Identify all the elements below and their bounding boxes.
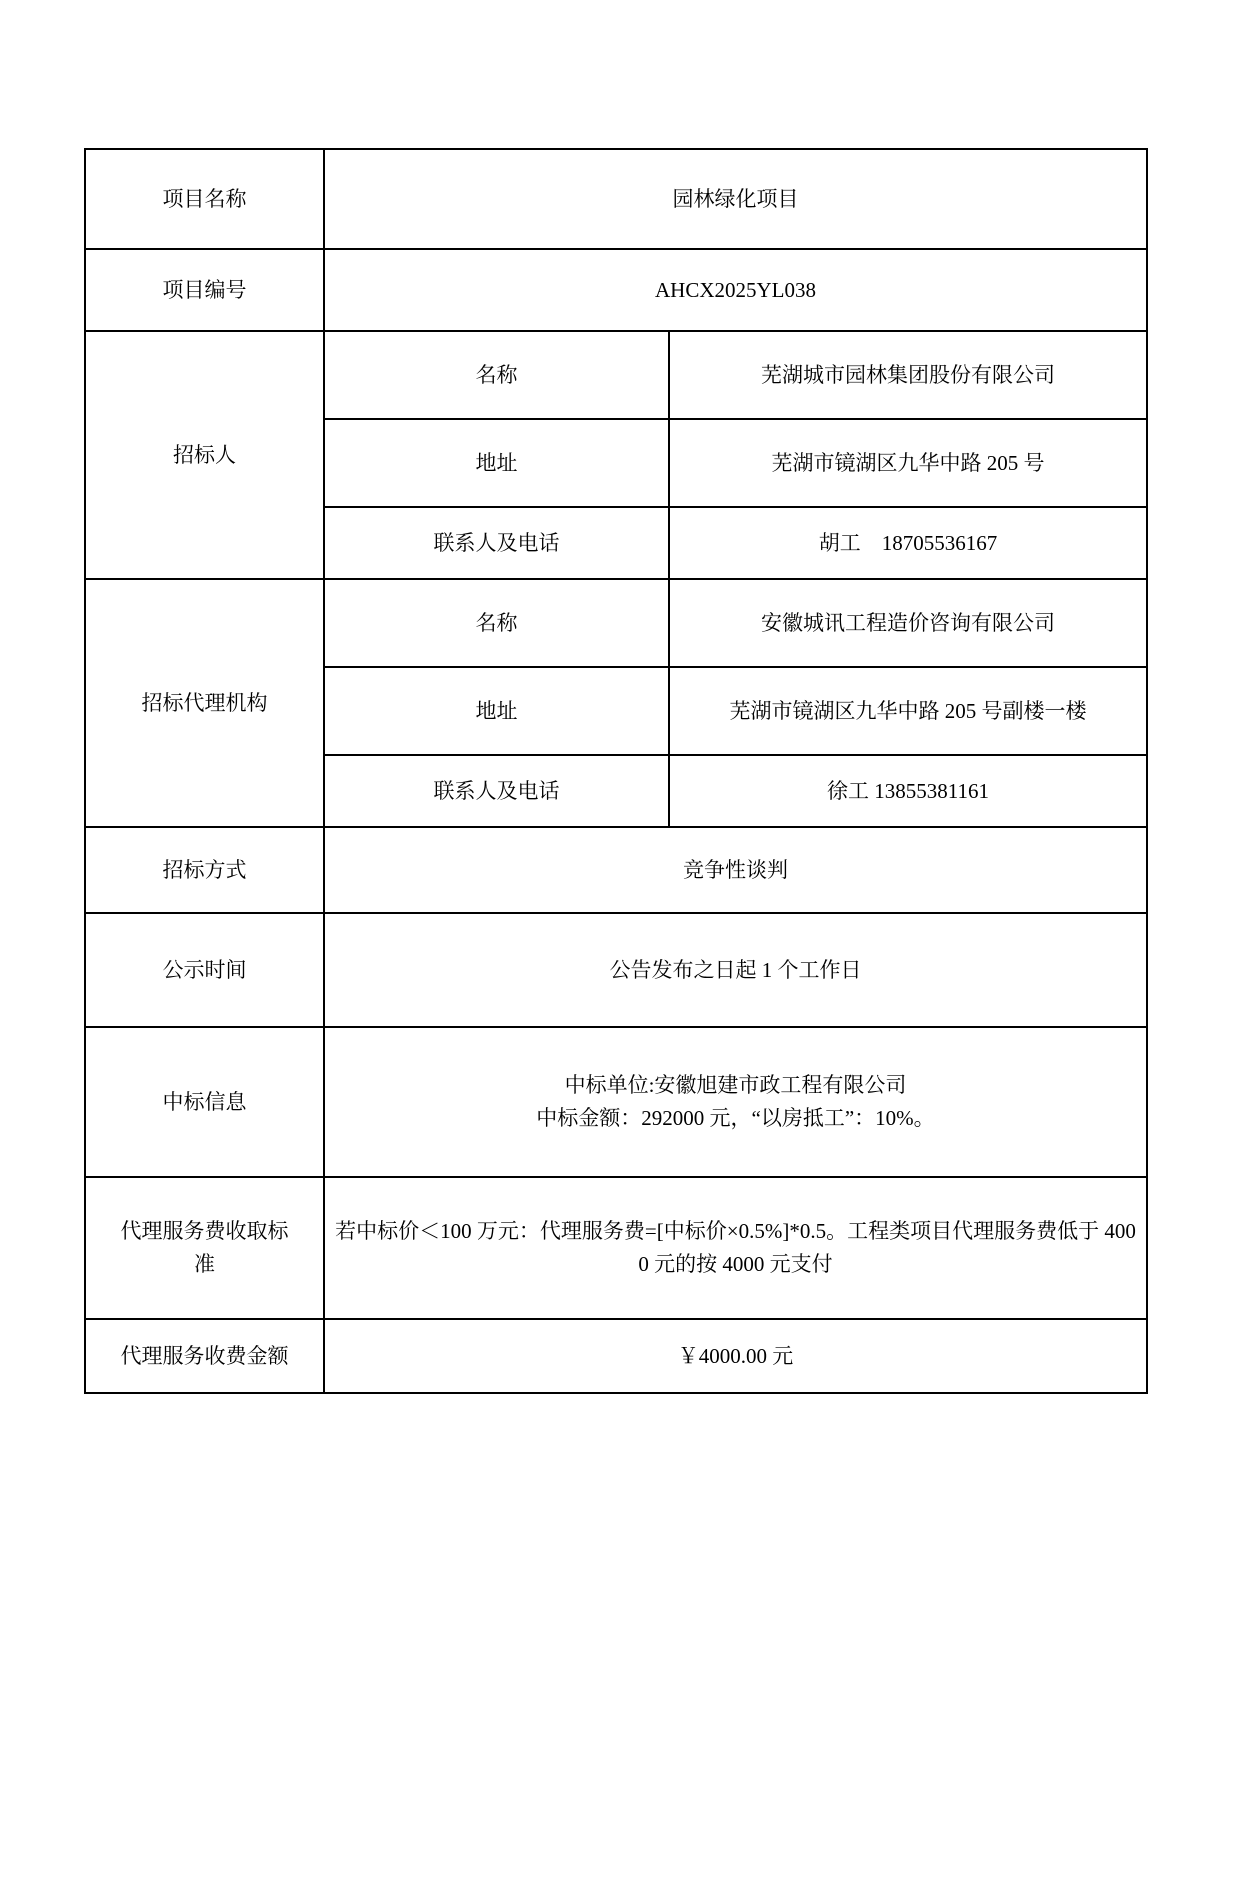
agency-label: 招标代理机构 (85, 579, 324, 827)
tenderee-contact-value: 胡工 18705536167 (669, 507, 1147, 579)
row-agency-fee-standard: 代理服务费收取标准 若中标价＜100 万元：代理服务费=[中标价×0.5%]*0… (85, 1177, 1147, 1319)
project-name-label: 项目名称 (85, 149, 324, 249)
publicity-period-label: 公示时间 (85, 913, 324, 1027)
agency-contact-value: 徐工 13855381161 (669, 755, 1147, 827)
row-agency-fee-amount: 代理服务收费金额 ￥4000.00 元 (85, 1319, 1147, 1393)
project-name-value: 园林绿化项目 (324, 149, 1147, 249)
agency-address-value: 芜湖市镜湖区九华中路 205 号副楼一楼 (669, 667, 1147, 755)
agency-fee-standard-value: 若中标价＜100 万元：代理服务费=[中标价×0.5%]*0.5。工程类项目代理… (324, 1177, 1147, 1319)
method-value: 竞争性谈判 (324, 827, 1147, 913)
row-project-name: 项目名称 园林绿化项目 (85, 149, 1147, 249)
award-info-label: 中标信息 (85, 1027, 324, 1177)
agency-name-value: 安徽城讯工程造价咨询有限公司 (669, 579, 1147, 667)
tender-result-table: 项目名称 园林绿化项目 项目编号 AHCX2025YL038 招标人 名称 芜湖… (84, 148, 1148, 1394)
tenderee-contact-key: 联系人及电话 (324, 507, 669, 579)
award-amount-line: 中标金额：292000 元，“以房抵工”：10%。 (335, 1102, 1136, 1135)
tenderee-address-value: 芜湖市镜湖区九华中路 205 号 (669, 419, 1147, 507)
agency-name-key: 名称 (324, 579, 669, 667)
row-publicity-period: 公示时间 公告发布之日起 1 个工作日 (85, 913, 1147, 1027)
row-tenderee-name: 招标人 名称 芜湖城市园林集团股份有限公司 (85, 331, 1147, 419)
method-label: 招标方式 (85, 827, 324, 913)
tenderee-name-key: 名称 (324, 331, 669, 419)
row-method: 招标方式 竞争性谈判 (85, 827, 1147, 913)
tenderee-address-key: 地址 (324, 419, 669, 507)
award-winner-line: 中标单位:安徽旭建市政工程有限公司 (335, 1069, 1136, 1102)
project-no-label: 项目编号 (85, 249, 324, 331)
row-project-no: 项目编号 AHCX2025YL038 (85, 249, 1147, 331)
award-info-value: 中标单位:安徽旭建市政工程有限公司 中标金额：292000 元，“以房抵工”：1… (324, 1027, 1147, 1177)
agency-contact-key: 联系人及电话 (324, 755, 669, 827)
agency-fee-amount-value: ￥4000.00 元 (324, 1319, 1147, 1393)
project-no-value: AHCX2025YL038 (324, 249, 1147, 331)
row-agency-name: 招标代理机构 名称 安徽城讯工程造价咨询有限公司 (85, 579, 1147, 667)
agency-fee-amount-label: 代理服务收费金额 (85, 1319, 324, 1393)
row-award-info: 中标信息 中标单位:安徽旭建市政工程有限公司 中标金额：292000 元，“以房… (85, 1027, 1147, 1177)
tenderee-label: 招标人 (85, 331, 324, 579)
tenderee-name-value: 芜湖城市园林集团股份有限公司 (669, 331, 1147, 419)
agency-fee-standard-label: 代理服务费收取标准 (85, 1177, 324, 1319)
publicity-period-value: 公告发布之日起 1 个工作日 (324, 913, 1147, 1027)
agency-fee-standard-label-text: 代理服务费收取标准 (114, 1215, 296, 1280)
agency-address-key: 地址 (324, 667, 669, 755)
